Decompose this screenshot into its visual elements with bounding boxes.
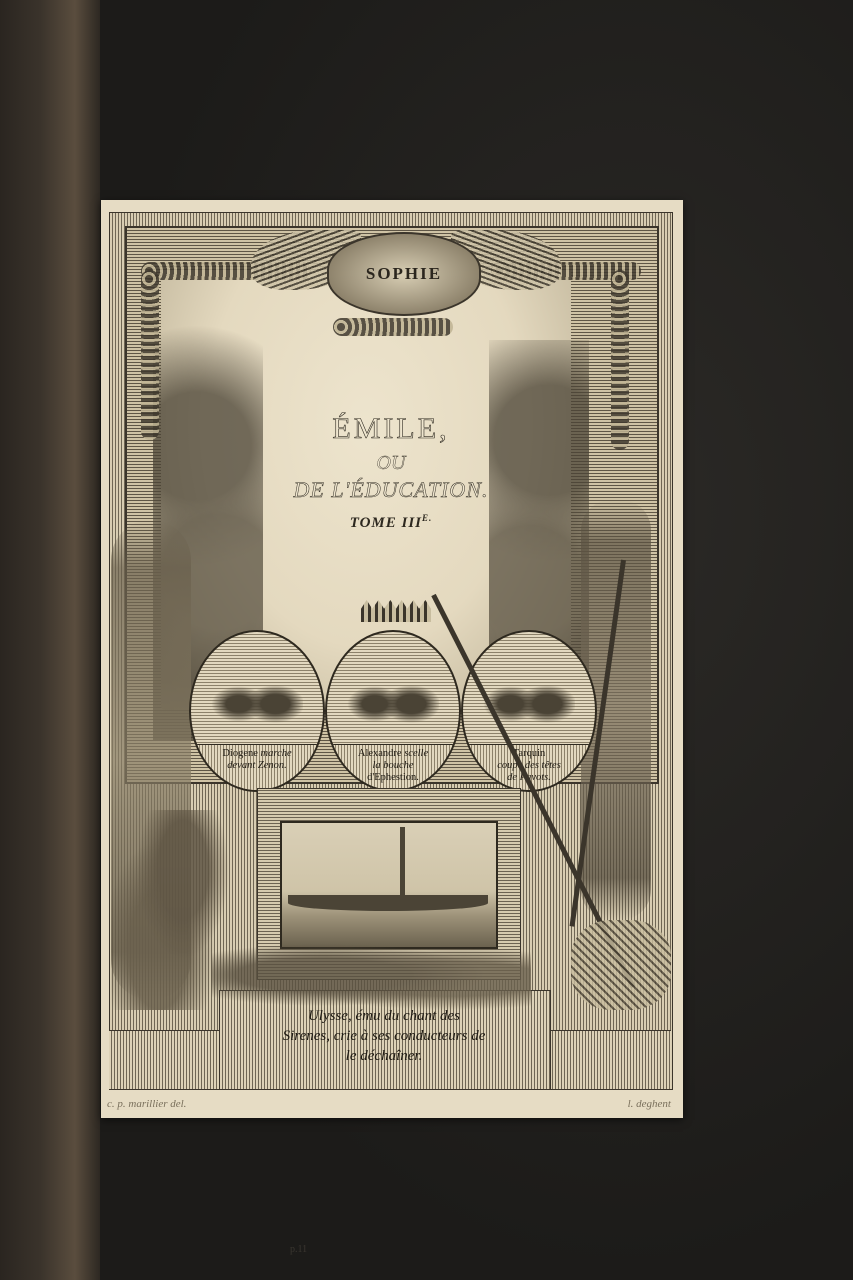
- game-net-basket: [571, 920, 671, 1010]
- cartouche-label: SOPHIE: [366, 264, 442, 284]
- medallion-scene: [211, 662, 303, 732]
- medallion-alexander: Alexandre scelle la bouche d'Ephestion.: [325, 630, 461, 792]
- wreath: [333, 318, 453, 336]
- medallion-tarquin: Tarquin coupe des têtes de Pavots.: [461, 630, 597, 792]
- flower-garland-right-drop: [611, 270, 629, 450]
- engraved-plate: SOPHIE ÉMILE, OU DE L'ÉDUCATION. TOME II…: [101, 200, 683, 1118]
- medallion-caption: Diogene marche devant Zenon.: [191, 744, 323, 792]
- ship-mast: [400, 827, 405, 897]
- title-block: ÉMILE, OU DE L'ÉDUCATION. TOME IIIE.: [251, 412, 531, 532]
- book-title: ÉMILE,: [251, 412, 531, 446]
- ship-hull: [288, 895, 488, 911]
- title-conjunction: OU: [251, 452, 531, 475]
- medallion-scene: [347, 662, 439, 732]
- book-gutter: [0, 0, 100, 1280]
- medallion-diogenes: Diogene marche devant Zenon.: [189, 630, 325, 792]
- flower-garland-left-drop: [141, 270, 159, 440]
- ulysses-ship-scene: [280, 821, 498, 949]
- sophie-cartouche: SOPHIE: [327, 232, 481, 316]
- artist-credit: c. p. marillier del.: [107, 1098, 186, 1110]
- volume-label: TOME IIIE.: [251, 513, 531, 532]
- medallion-caption: Alexandre scelle la bouche d'Ephestion.: [327, 744, 459, 792]
- dead-birds: [211, 935, 531, 1015]
- ulysses-caption: Ulysse, ému du chant des Sirenes, crie à…: [229, 1006, 539, 1066]
- engraver-credit: l. deghent: [628, 1098, 671, 1110]
- book-subtitle: DE L'ÉDUCATION.: [251, 477, 531, 503]
- page-mark: p.11: [290, 1244, 307, 1255]
